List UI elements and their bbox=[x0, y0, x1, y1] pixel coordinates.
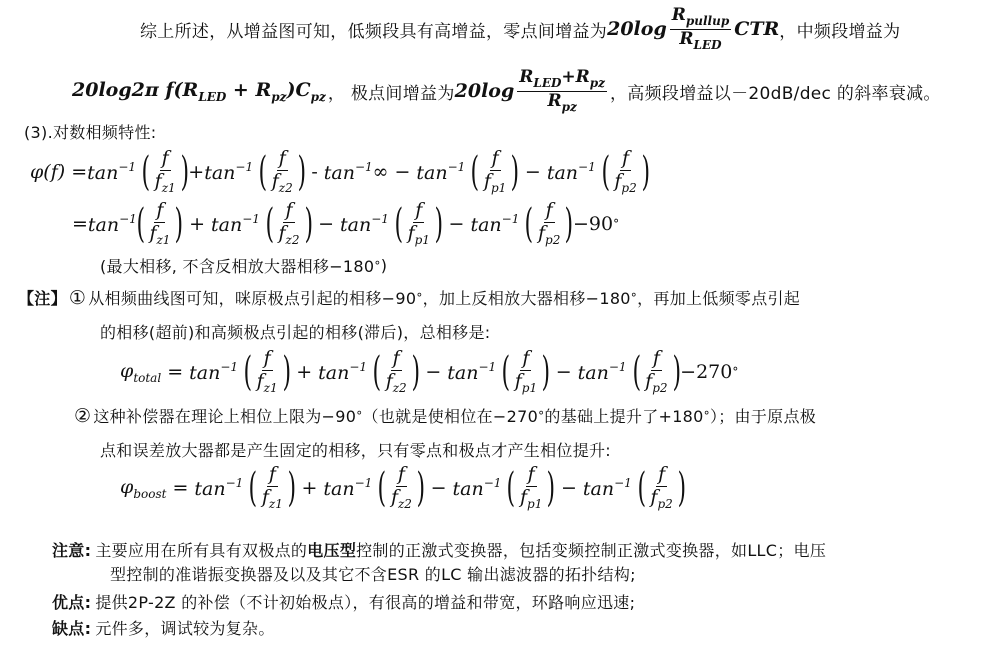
note-end: ) bbox=[381, 256, 388, 275]
numerator: f bbox=[160, 149, 171, 171]
numerator: f bbox=[520, 349, 531, 371]
paren-right: ) bbox=[641, 152, 650, 192]
denominator: f bbox=[257, 370, 264, 392]
denominator: R bbox=[679, 29, 693, 49]
sub: z1 bbox=[264, 381, 278, 395]
note-item-1: 【注】 ① 从相频曲线图可知，咪原极点引起的相移−90° ，加上反相放大器相移−… bbox=[18, 286, 800, 309]
tan-term: tan−1 bbox=[87, 160, 136, 184]
numerator: f bbox=[267, 465, 278, 487]
paren-left: ( bbox=[373, 352, 382, 392]
attention-text: 控制的正激式变换器，包括变频控制正激式变换器，如LLC；电压 bbox=[356, 538, 826, 561]
paren-right: ) bbox=[282, 352, 291, 392]
fraction-f-fz1: ffz1 bbox=[255, 349, 280, 395]
numerator: f bbox=[490, 149, 501, 171]
paren-left: ( bbox=[507, 468, 516, 508]
sub: p1 bbox=[491, 181, 506, 195]
denominator: f bbox=[279, 222, 286, 244]
formula-mid-gain: 20log2π f(RLED + Rpz)Cpz bbox=[72, 79, 326, 104]
attention-line-1: 注意: 主要应用在所有具有双极点的电压型控制的正激式变换器，包括变频控制正激式变… bbox=[52, 538, 826, 561]
sub: pz bbox=[590, 76, 605, 90]
paren-right: ) bbox=[304, 204, 313, 244]
denominator: f bbox=[515, 370, 522, 392]
tan-term: tan−1 bbox=[452, 476, 501, 500]
note-item-1-line-2: 的相移(超前)和高频极点引起的相移(滞后)，总相移是: bbox=[100, 320, 490, 343]
op: − bbox=[525, 161, 541, 183]
sub: p2 bbox=[545, 233, 560, 247]
sub: LED bbox=[533, 76, 561, 90]
paren-left: ( bbox=[601, 152, 610, 192]
sub: z2 bbox=[286, 233, 300, 247]
formula-ctr: CTR bbox=[734, 18, 779, 40]
op: − bbox=[449, 213, 465, 235]
denominator: f bbox=[386, 370, 393, 392]
paren-left: ( bbox=[632, 352, 641, 392]
paren-right: ) bbox=[672, 352, 681, 392]
infinity-symbol: ∞ bbox=[373, 161, 389, 183]
note-text: ，再加上低频零点引起 bbox=[637, 286, 800, 309]
equals: = bbox=[72, 213, 88, 235]
denominator: f bbox=[155, 170, 162, 192]
paren-left: ( bbox=[394, 204, 403, 244]
op: − bbox=[561, 477, 577, 499]
equals: = bbox=[167, 361, 183, 383]
fraction-rled-rpz: RLED+Rpz Rpz bbox=[517, 69, 607, 113]
phase-equation-1: φ(f) = tan−1 (ffz1) + tan−1 (ffz2) - tan… bbox=[30, 146, 649, 198]
note-item-2-line-2: 点和误差放大器都是产生固定的相移，只有零点和极点才产生相位提升: bbox=[100, 438, 611, 461]
max-phase-note: (最大相移, 不含反相放大器相移−180°) bbox=[100, 254, 387, 277]
summary-text-3: ， 极点间增益为 bbox=[328, 79, 455, 104]
numerator-sub: pullup bbox=[686, 14, 729, 28]
phi: φ bbox=[120, 476, 133, 498]
fraction-f-fp2: ffp2 bbox=[643, 349, 669, 395]
sub: p1 bbox=[527, 497, 542, 511]
denominator: f bbox=[272, 170, 279, 192]
sub: pz bbox=[311, 90, 326, 104]
tan-term: tan−1 bbox=[189, 360, 238, 384]
pros-label: 优点: bbox=[52, 590, 91, 613]
op: + bbox=[296, 361, 312, 383]
paren-right: ) bbox=[677, 468, 686, 508]
paren-right: ) bbox=[547, 468, 556, 508]
numerator: f bbox=[651, 349, 662, 371]
summary-text: 综上所述，从增益图可知，低频段具有高增益，零点间增益为 bbox=[140, 17, 607, 42]
paren-left: ( bbox=[471, 152, 480, 192]
sub: p2 bbox=[652, 381, 667, 395]
op: - bbox=[311, 161, 317, 183]
tan-term: tan−1 bbox=[547, 160, 596, 184]
numerator: f bbox=[544, 201, 555, 223]
summary-text-4: ，高频段增益以－20dB/dec 的斜率衰减。 bbox=[610, 79, 941, 104]
equals: = bbox=[172, 477, 188, 499]
fraction-f-fz1: ffz1 bbox=[147, 201, 172, 247]
note-text: 这种补偿器在理论上相位上限为−90 bbox=[93, 404, 356, 427]
denominator: f bbox=[408, 222, 415, 244]
tan-term: tan−1 bbox=[88, 212, 137, 236]
fraction-f-fp1: ffp1 bbox=[482, 149, 508, 195]
numerator: f bbox=[620, 149, 631, 171]
sub: boost bbox=[133, 487, 166, 501]
numerator-b: +R bbox=[561, 67, 589, 87]
paren-right: ) bbox=[416, 468, 425, 508]
fraction-f-fz2: ffz2 bbox=[384, 349, 409, 395]
tan-term: tan−1 bbox=[211, 212, 260, 236]
paren-right: ) bbox=[180, 152, 189, 192]
section-heading: (3).对数相频特性: bbox=[24, 120, 156, 143]
phi-boost: φboost bbox=[120, 476, 166, 501]
paren-left: ( bbox=[265, 204, 274, 244]
tan-term: tan−1 bbox=[578, 360, 627, 384]
fraction-f-fz2: ffz2 bbox=[277, 201, 302, 247]
paren-left: ( bbox=[244, 352, 253, 392]
paren-left: ( bbox=[142, 152, 151, 192]
op: − bbox=[556, 361, 572, 383]
paren-right: ) bbox=[287, 468, 296, 508]
fraction-f-fp1: ffp1 bbox=[406, 201, 432, 247]
paren-right: ) bbox=[411, 352, 420, 392]
denominator: f bbox=[538, 222, 545, 244]
numerator: f bbox=[262, 349, 273, 371]
note-text: (最大相移, 不含反相放大器相移−180 bbox=[100, 254, 374, 277]
fraction-rpullup-rled: Rpullup RLED bbox=[670, 7, 732, 51]
paren-left: ( bbox=[637, 468, 646, 508]
fraction-f-fp2: ffp2 bbox=[536, 201, 562, 247]
sub: p2 bbox=[621, 181, 636, 195]
note-label: 【注】 bbox=[18, 286, 67, 309]
tan-term: tan−1 bbox=[470, 212, 519, 236]
numerator: f bbox=[154, 201, 165, 223]
fraction-f-fp2: ffp2 bbox=[648, 465, 674, 511]
paren-left: ( bbox=[136, 204, 145, 244]
sub: z2 bbox=[398, 497, 412, 511]
fraction-f-fp1: ffp1 bbox=[513, 349, 539, 395]
pros-line: 优点: 提供2P-2Z 的补偿（不计初始极点），有很高的增益和带宽，环路响应迅速… bbox=[52, 590, 635, 613]
paren-right: ) bbox=[434, 204, 443, 244]
sub: z1 bbox=[156, 233, 170, 247]
minus-270: −270 bbox=[680, 361, 732, 383]
numerator: f bbox=[277, 149, 288, 171]
sub: total bbox=[133, 371, 161, 385]
op: + bbox=[302, 477, 318, 499]
circled-2: ② bbox=[74, 405, 91, 427]
sub: z1 bbox=[162, 181, 176, 195]
paren-left: ( bbox=[378, 468, 387, 508]
numerator: R bbox=[672, 5, 686, 25]
cons-line: 缺点: 元件多，调试较为复杂。 bbox=[52, 616, 275, 639]
fraction-f-fz2: ffz2 bbox=[270, 149, 295, 195]
denominator-sub: LED bbox=[694, 38, 722, 52]
op: − bbox=[318, 213, 334, 235]
formula-part: + R bbox=[226, 79, 271, 101]
tan-term: tan−1 bbox=[340, 212, 389, 236]
sub: z1 bbox=[269, 497, 283, 511]
numerator: f bbox=[413, 201, 424, 223]
fraction-f-fz2: ffz2 bbox=[389, 465, 414, 511]
tan-term: tan−1 bbox=[583, 476, 632, 500]
fraction-f-fz1: ffz1 bbox=[153, 149, 178, 195]
op: − bbox=[394, 161, 410, 183]
tan-term: tan−1 bbox=[324, 160, 373, 184]
sub: z2 bbox=[279, 181, 293, 195]
phi: φ bbox=[120, 360, 133, 382]
circled-1: ① bbox=[69, 287, 86, 309]
sub: LED bbox=[198, 90, 226, 104]
numerator: f bbox=[391, 349, 402, 371]
note-text: ，加上反相放大器相移−180 bbox=[423, 286, 631, 309]
op: + bbox=[189, 213, 205, 235]
numerator: f bbox=[283, 201, 294, 223]
summary-line-1: 综上所述，从增益图可知，低频段具有高增益，零点间增益为 20log Rpullu… bbox=[140, 8, 900, 50]
numerator: f bbox=[656, 465, 667, 487]
minus-90: −90 bbox=[573, 213, 613, 235]
tan-term: tan−1 bbox=[447, 360, 496, 384]
note-text: 从相频曲线图可知，咪原极点引起的相移−90 bbox=[88, 286, 416, 309]
degree-symbol: ° bbox=[613, 217, 619, 231]
formula-20log: 20log bbox=[607, 18, 667, 40]
formula-part: 20log2π f(R bbox=[72, 79, 198, 101]
cons-text: 元件多，调试较为复杂。 bbox=[95, 616, 274, 639]
op: − bbox=[425, 361, 441, 383]
formula-20log-2: 20log bbox=[455, 80, 515, 102]
note-item-2: ② 这种补偿器在理论上相位上限为−90° （也就是使相位在−270° 的基础上提… bbox=[74, 404, 816, 427]
op: − bbox=[431, 477, 447, 499]
numerator: f bbox=[396, 465, 407, 487]
denominator: f bbox=[262, 486, 269, 508]
phi-total: φtotal bbox=[120, 360, 161, 385]
pros-text: 提供2P-2Z 的补偿（不计初始极点），有很高的增益和带宽，环路响应迅速; bbox=[95, 590, 635, 613]
paren-left: ( bbox=[525, 204, 534, 244]
paren-right: ) bbox=[175, 204, 184, 244]
numerator: R bbox=[519, 67, 533, 87]
fraction-f-fz1: ffz1 bbox=[260, 465, 285, 511]
note-text: （也就是使相位在−270 bbox=[363, 404, 539, 427]
phi-f-lhs: φ(f) = bbox=[30, 161, 87, 183]
paren-right: ) bbox=[565, 204, 574, 244]
tan-term: tan−1 bbox=[318, 360, 367, 384]
tan-term: tan−1 bbox=[416, 160, 465, 184]
attention-bold: 电压型 bbox=[307, 538, 356, 561]
sub: p2 bbox=[657, 497, 672, 511]
phase-boost-equation: φboost = tan−1 (ffz1) + tan−1 (ffz2) − t… bbox=[120, 462, 685, 514]
attention-text: 主要应用在所有具有双极点的 bbox=[95, 538, 307, 561]
summary-line-2: 20log2π f(RLED + Rpz)Cpz ， 极点间增益为 20log … bbox=[72, 68, 941, 114]
sub: pz bbox=[271, 90, 286, 104]
paren-left: ( bbox=[249, 468, 258, 508]
fraction-f-fp1: ffp1 bbox=[518, 465, 544, 511]
denominator: R bbox=[547, 91, 561, 111]
paren-right: ) bbox=[511, 152, 520, 192]
paren-right: ) bbox=[542, 352, 551, 392]
attention-label: 注意: bbox=[52, 538, 91, 561]
denominator: f bbox=[484, 170, 491, 192]
degree-symbol: ° bbox=[732, 365, 738, 379]
paren-right: ) bbox=[297, 152, 306, 192]
tan-term: tan−1 bbox=[194, 476, 243, 500]
phase-total-equation: φtotal = tan−1 (ffz1) + tan−1 (ffz2) − t… bbox=[120, 346, 738, 398]
tan-term: tan−1 bbox=[204, 160, 253, 184]
paren-left: ( bbox=[502, 352, 511, 392]
fraction-f-fp2: ffp2 bbox=[612, 149, 638, 195]
summary-text-2: ，中频段增益为 bbox=[779, 17, 900, 42]
denominator: f bbox=[391, 486, 398, 508]
phase-equation-2: = tan−1 (ffz1) + tan−1 (ffz2) − tan−1 (f… bbox=[72, 198, 619, 250]
cons-label: 缺点: bbox=[52, 616, 91, 639]
note-text: ）；由于原点极 bbox=[710, 404, 816, 427]
op: + bbox=[188, 161, 204, 183]
sub: p1 bbox=[522, 381, 537, 395]
denominator: f bbox=[520, 486, 527, 508]
paren-left: ( bbox=[259, 152, 268, 192]
tan-term: tan−1 bbox=[323, 476, 372, 500]
numerator: f bbox=[526, 465, 537, 487]
note-text: 的基础上提升了+180 bbox=[544, 404, 703, 427]
sub: p1 bbox=[415, 233, 430, 247]
formula-part: )C bbox=[286, 79, 310, 101]
sub: z2 bbox=[393, 381, 407, 395]
sub: pz bbox=[562, 100, 577, 114]
attention-line-2: 型控制的准谐振变换器及以及其它不含ESR 的LC 输出滤波器的拓扑结构; bbox=[110, 562, 636, 585]
